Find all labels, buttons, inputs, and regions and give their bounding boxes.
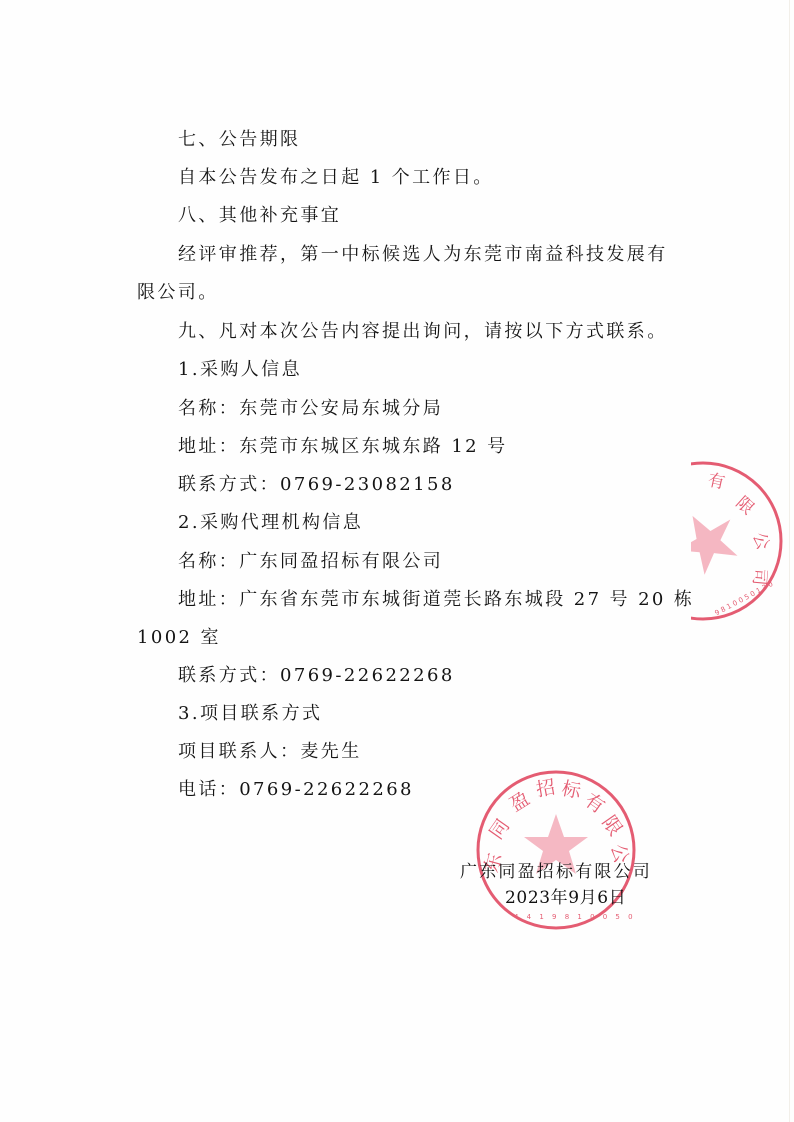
section-8-heading: 八、其他补充事宜 bbox=[178, 205, 341, 227]
project-contact-title: 3.项目联系方式 bbox=[178, 703, 322, 725]
agency-phone: 联系方式：0769-22622268 bbox=[178, 665, 455, 687]
svg-text:公: 公 bbox=[748, 530, 773, 553]
svg-text:同: 同 bbox=[485, 815, 514, 843]
svg-text:4 4 1 9 8 1 0 0 5 0 1 3: 4 4 1 9 8 1 0 0 5 0 1 3 bbox=[514, 913, 638, 921]
edge-seal-stamp: 有 限 公 司 9 8 1 0 0 5 0 1 3 0 bbox=[623, 460, 794, 622]
svg-text:限: 限 bbox=[732, 493, 758, 519]
agency-name: 名称：广东同盈招标有限公司 bbox=[178, 551, 443, 573]
purchaser-title: 1.采购人信息 bbox=[178, 359, 302, 381]
agency-address-line1: 地址：广东省东莞市东城街道莞长路东城段 27 号 20 栋 bbox=[178, 589, 694, 611]
signature-date: 2023年9月6日 bbox=[505, 887, 626, 909]
svg-text:标: 标 bbox=[560, 778, 584, 804]
project-contact-phone: 电话：0769-22622268 bbox=[178, 779, 414, 801]
purchaser-name: 名称：东莞市公安局东城分局 bbox=[178, 398, 443, 420]
svg-text:限: 限 bbox=[598, 812, 627, 840]
agency-title: 2.采购代理机构信息 bbox=[178, 512, 363, 534]
section-7-heading: 七、公告期限 bbox=[178, 129, 300, 151]
signature-company: 广东同盈招标有限公司 bbox=[460, 861, 652, 883]
section-9-heading: 九、凡对本次公告内容提出询问，请按以下方式联系。 bbox=[178, 321, 668, 343]
purchaser-address: 地址：东莞市东城区东城东路 12 号 bbox=[178, 436, 508, 458]
agency-address-line2: 1002 室 bbox=[137, 627, 221, 649]
svg-text:有: 有 bbox=[706, 470, 727, 493]
svg-text:招: 招 bbox=[534, 776, 557, 801]
svg-text:9 8 1 0 0 5 0 1 3 0: 9 8 1 0 0 5 0 1 3 0 bbox=[714, 580, 775, 617]
svg-text:有: 有 bbox=[581, 789, 609, 818]
svg-text:盈: 盈 bbox=[506, 788, 534, 817]
section-8-body-line2: 限公司。 bbox=[137, 282, 219, 304]
project-contact-person: 项目联系人：麦先生 bbox=[178, 741, 362, 763]
purchaser-phone: 联系方式：0769-23082158 bbox=[178, 474, 455, 496]
document-page: 七、公告期限 自本公告发布之日起 1 个工作日。 八、其他补充事宜 经评审推荐，… bbox=[0, 0, 794, 1122]
section-8-body-line1: 经评审推荐，第一中标候选人为东莞市南益科技发展有 bbox=[178, 244, 668, 266]
section-7-body: 自本公告发布之日起 1 个工作日。 bbox=[178, 167, 494, 189]
